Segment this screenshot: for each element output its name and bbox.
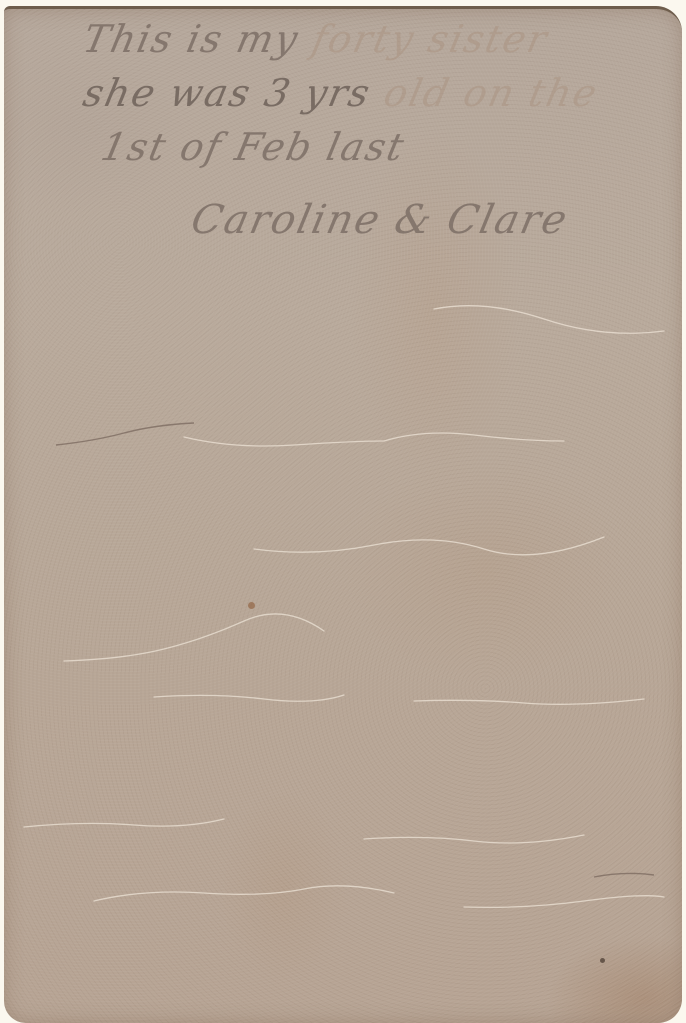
inscription-line-1: This is my forty sister <box>79 17 552 61</box>
inscription-line-2-text: she was 3 yrs <box>79 71 375 115</box>
inscription-signature: Caroline & Clare <box>187 197 573 243</box>
inscription-line-1-text: This is my <box>79 17 303 61</box>
inscription-line-2: she was 3 yrs old on the <box>79 71 602 115</box>
inscription-line-2-faded: old on the <box>366 71 603 115</box>
rust-spot <box>248 602 255 609</box>
dark-speck <box>600 958 605 963</box>
inscription-line-1-faded: forty sister <box>294 17 552 61</box>
inscription-line-3: 1st of Feb last <box>97 125 409 169</box>
card-back: This is my forty sister she was 3 yrs ol… <box>4 6 682 1023</box>
